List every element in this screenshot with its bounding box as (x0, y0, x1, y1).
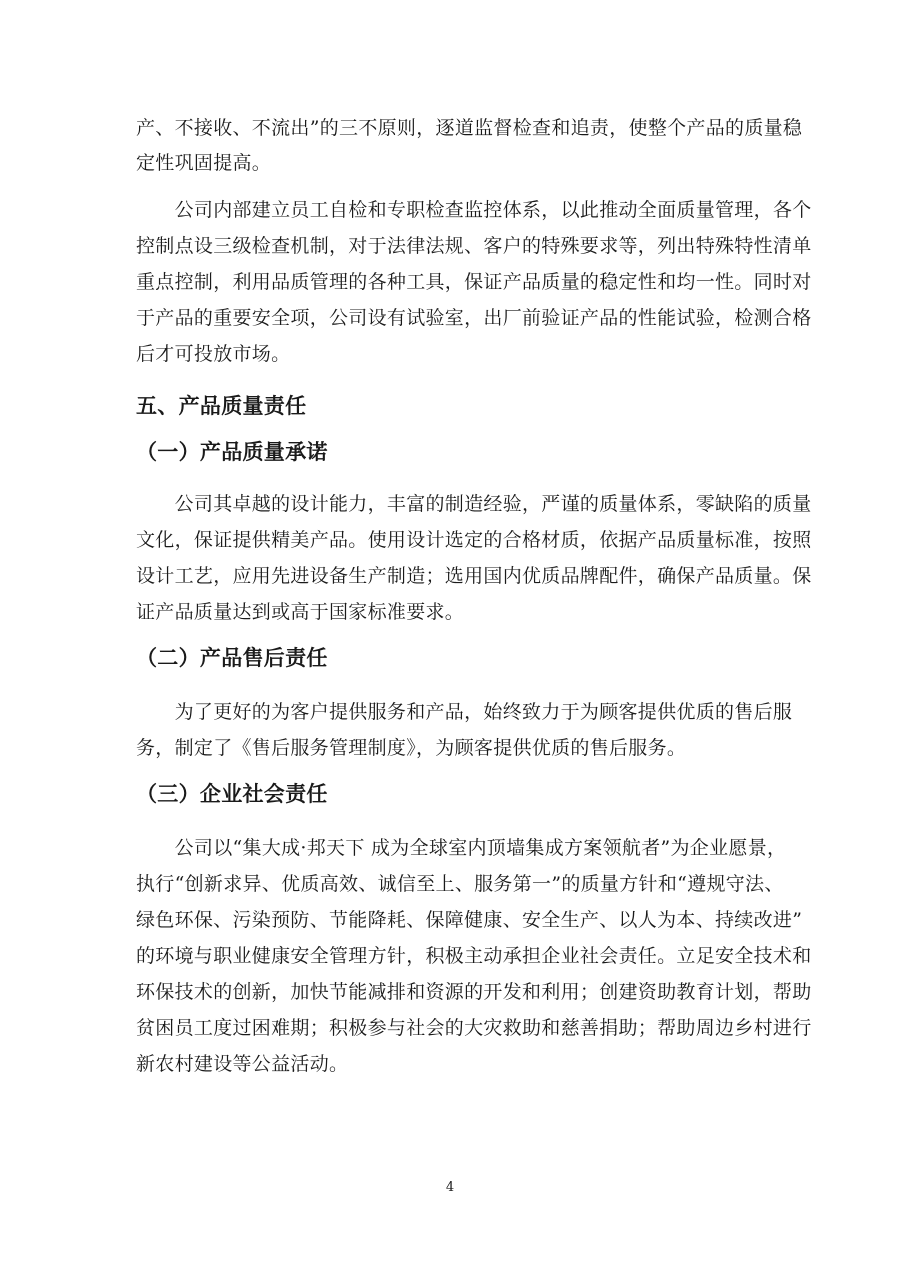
paragraph-line: 文化，保证提供精美产品。使用设计选定的合格材质，依据产品质量标准，按照 (136, 528, 812, 552)
paragraph-line: 产、不接收、不流出”的三不原则，逐道监督检查和追责，使整个产品的质量稳 (136, 116, 802, 140)
paragraph-line: 设计工艺，应用先进设备生产制造；选用国内优质品牌配件，确保产品质量。保 (136, 564, 812, 588)
paragraph-line: 于产品的重要安全项，公司设有试验室，出厂前验证产品的性能试验，检测合格 (136, 306, 812, 330)
paragraph-line: 新农村建设等公益活动。 (136, 1052, 348, 1076)
subsection-heading: （二）产品售后责任 (136, 646, 328, 670)
subsection-heading: （三）企业社会责任 (136, 782, 328, 806)
paragraph-line: 公司其卓越的设计能力，丰富的制造经验，严谨的质量体系，零缺陷的质量 (136, 492, 812, 516)
paragraph-line: 定性巩固提高。 (136, 151, 271, 175)
paragraph-line: 公司内部建立员工自检和专职检查监控体系，以此推动全面质量管理，各个 (136, 198, 812, 222)
section-heading: 五、产品质量责任 (136, 394, 306, 418)
paragraph-line: 后才可投放市场。 (136, 342, 290, 366)
paragraph-line: 证产品质量达到或高于国家标准要求。 (136, 600, 464, 624)
paragraph-line: 控制点设三级检查机制，对于法律法规、客户的特殊要求等，列出特殊特性清单 (136, 234, 812, 258)
paragraph-line: 的环境与职业健康安全管理方针，积极主动承担企业社会责任。立足安全技术和 (136, 944, 812, 968)
page-number: 4 (0, 1180, 900, 1195)
paragraph-line: 为了更好的为客户提供服务和产品，始终致力于为顾客提供优质的售后服 (136, 700, 792, 724)
paragraph-line: 贫困员工度过困难期；积极参与社会的大灾救助和慈善捐助；帮助周边乡村进行 (136, 1016, 812, 1040)
paragraph-line: 环保技术的创新，加快节能减排和资源的开发和利用；创建资助教育计划，帮助 (136, 980, 812, 1004)
paragraph-line: 执行“创新求异、优质高效、诚信至上、服务第一”的质量方针和“遵规守法、 (136, 872, 784, 896)
paragraph-line: 绿色环保、污染预防、节能降耗、保障健康、安全生产、以人为本、持续改进” (136, 908, 802, 932)
paragraph-line: 务，制定了《售后服务管理制度》，为顾客提供优质的售后服务。 (136, 736, 686, 760)
subsection-heading: （一）产品质量承诺 (136, 440, 328, 464)
paragraph-line: 公司以“集大成·邦天下 成为全球室内顶墙集成方案领航者”为企业愿景， (136, 836, 786, 860)
paragraph-line: 重点控制，利用品质管理的各种工具，保证产品质量的稳定性和均一性。同时对 (136, 270, 812, 294)
